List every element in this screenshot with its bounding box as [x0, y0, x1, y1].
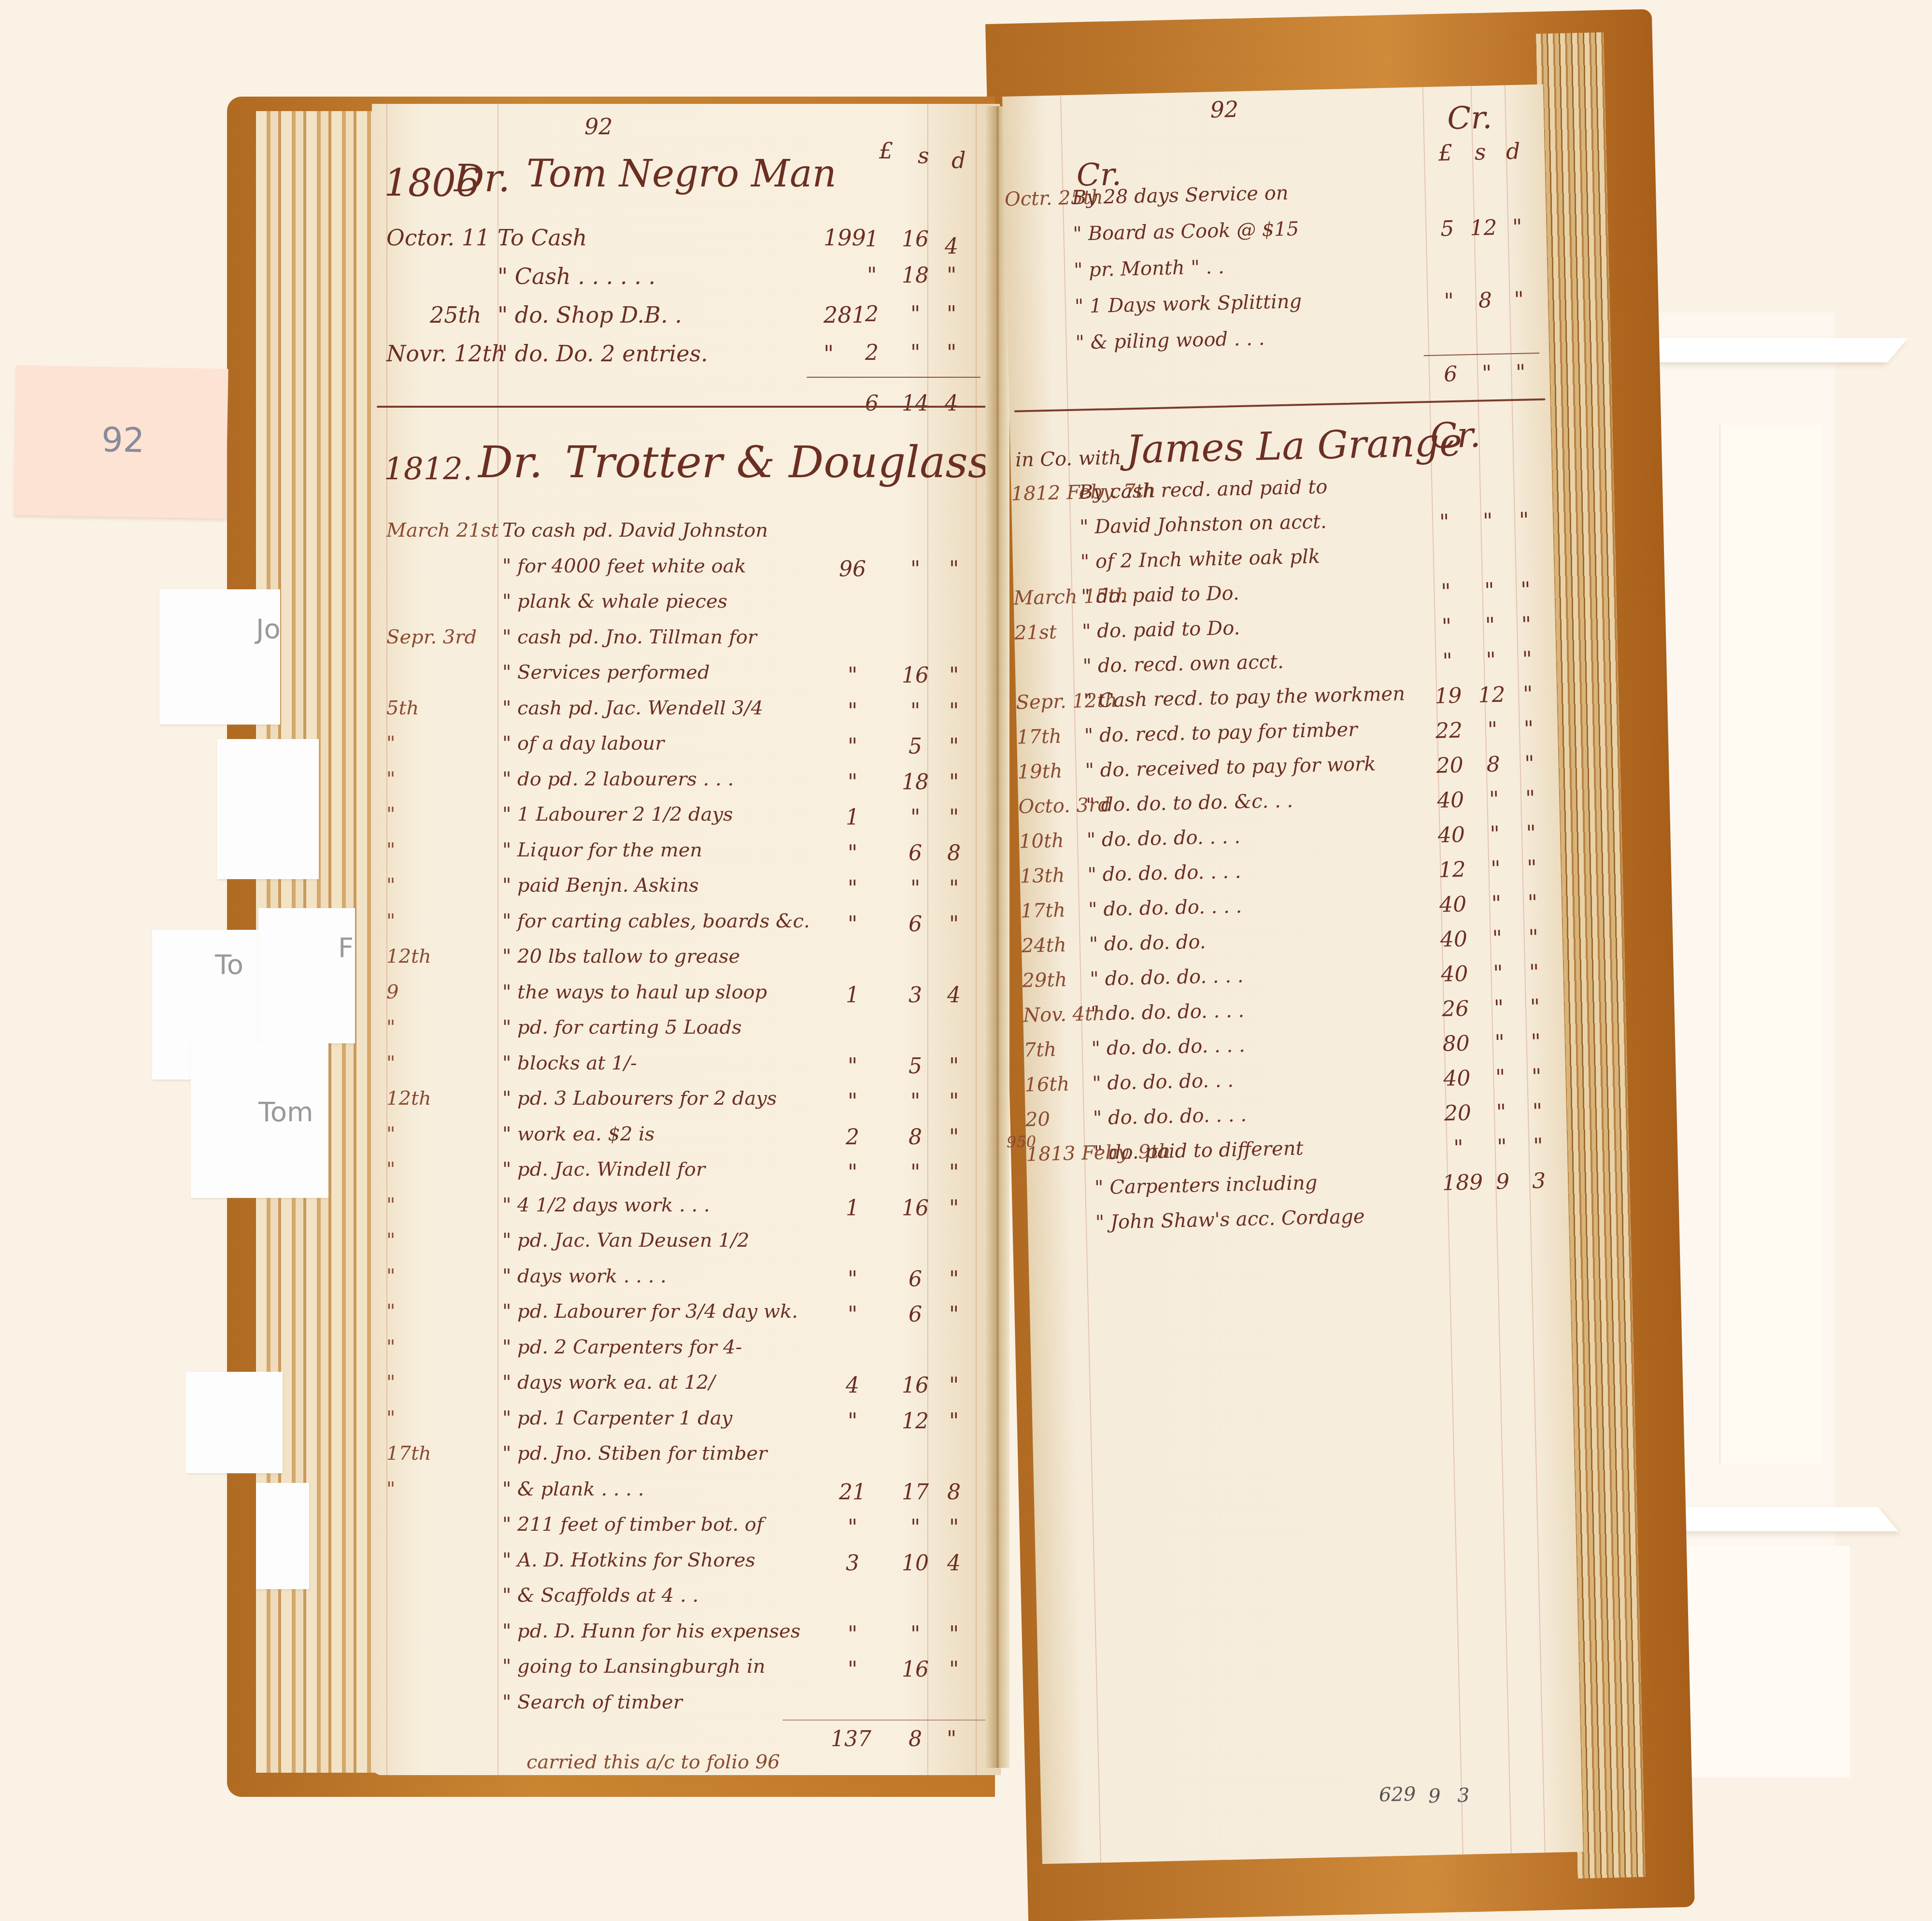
entry-pence: ": [937, 1267, 971, 1292]
entry-pounds: ": [836, 1515, 869, 1540]
total-shillings: 8: [898, 1727, 932, 1751]
entry-pence: ": [1511, 716, 1546, 742]
entry-pence: ": [937, 1125, 971, 1150]
entry-date: ": [386, 1300, 395, 1323]
entry-description: " do. do. do. . . .: [1091, 1034, 1245, 1060]
entry-pounds: 12: [1435, 857, 1469, 882]
entry-pence: ": [937, 805, 971, 830]
entry-shillings: ": [1474, 648, 1508, 673]
entry-pence: ": [1510, 647, 1544, 672]
entry-description: " do. paid to different: [1094, 1137, 1304, 1164]
entry-pence: ": [1512, 751, 1547, 777]
entry-shillings: [1470, 474, 1504, 475]
account-title: Trotter & Douglass: [565, 437, 990, 488]
entry-shillings: ": [1477, 821, 1512, 847]
entry-shillings: ": [1481, 995, 1516, 1021]
currency-pence-header: d: [1506, 138, 1520, 165]
entry-description: " do. do. do. . . .: [1091, 999, 1245, 1025]
entry-date: ": [386, 874, 395, 896]
entry-pence: ": [935, 302, 968, 327]
entry-description: " do. recd. to pay for timber: [1084, 719, 1358, 747]
entry-description: " cash pd. Jno. Tillman for: [502, 626, 757, 648]
entry-shillings: ": [898, 876, 932, 901]
entry-description: To cash pd. David Johnston: [502, 519, 768, 541]
total-pence: 4: [935, 391, 968, 416]
entry-pence: [1501, 251, 1535, 252]
entry-pounds: 40: [1436, 926, 1471, 952]
entry-date: ": [386, 1123, 395, 1145]
entry-date: 29th: [1022, 968, 1067, 992]
entry-description: " of 2 Inch white oak plk: [1080, 545, 1320, 573]
entry-desc: " do. Shop D.B. .: [497, 302, 682, 328]
entry-description: " pd. Labourer for 3/4 day wk.: [502, 1300, 798, 1323]
entry-description: " pd. 1 Carpenter 1 day: [502, 1407, 732, 1429]
total-pence: ": [935, 1727, 968, 1751]
total-shillings: 14: [898, 391, 932, 416]
currency-pounds-header: £: [1438, 140, 1452, 166]
entry-pounds: ": [1427, 510, 1462, 535]
index-tab-label: Tom: [258, 1096, 313, 1128]
entry-date: Novr. 12th: [386, 341, 506, 367]
entry-description: " John Shaw's acc. Cordage: [1095, 1206, 1364, 1234]
entry-shillings: 10: [898, 1551, 932, 1576]
entry-pounds: ": [836, 699, 869, 724]
entry-date: 16th: [1024, 1073, 1070, 1096]
entry-description: " do pd. 2 labourers . . .: [502, 768, 734, 790]
entry-pounds: ": [836, 770, 869, 795]
entry-description: " 20 lbs tallow to grease: [502, 945, 740, 968]
entry-pounds: 20: [1440, 1100, 1475, 1126]
entry-description: " for carting cables, boards &c.: [502, 910, 810, 932]
sticky-note: 92: [13, 365, 228, 519]
entry-pence: ": [935, 341, 968, 365]
entry-date: 9: [386, 981, 398, 1003]
entry-pence: ": [1520, 1099, 1554, 1124]
entry-date: 12th: [386, 1087, 431, 1110]
entry-description: " pd. Jno. Stiben for timber: [502, 1442, 767, 1465]
entry-description: " pd. 3 Labourers for 2 days: [502, 1087, 777, 1110]
entry-pounds: 22: [1432, 718, 1466, 744]
carried-forward-note: carried this a/c to folio 96: [526, 1751, 780, 1773]
account-side: Dr.: [478, 437, 543, 488]
entry-pence: [1499, 178, 1533, 179]
entry-folio: ": [824, 341, 834, 367]
entry-pounds: ": [836, 734, 869, 759]
cr-column-header: Cr.: [1447, 100, 1492, 137]
entry-pounds: 1: [836, 983, 869, 1008]
entry-pounds: 1: [836, 805, 869, 830]
entry-description: " David Johnston on acct.: [1080, 511, 1327, 539]
index-tab[interactable]: [256, 1483, 309, 1589]
entry-date: ": [386, 768, 395, 790]
entry-description: " for 4000 feet white oak: [502, 555, 746, 577]
entry-date: ": [386, 1052, 395, 1074]
account-side: Cr.: [1430, 414, 1481, 456]
entry-description: " do. do. do. . . .: [1086, 825, 1240, 851]
entry-description: " pd. for carting 5 Loads: [502, 1016, 742, 1039]
entry-pence: [1522, 1203, 1556, 1204]
entry-pounds: 189: [1442, 1170, 1477, 1195]
entry-pounds: 2: [855, 341, 889, 365]
account-year: 1812.: [384, 452, 472, 487]
entry-description: " do. paid to Do.: [1081, 582, 1239, 608]
entry-pence: ": [937, 1160, 971, 1185]
pencil-total-pounds: 629: [1378, 1783, 1413, 1807]
pencil-total-pence: 3: [1447, 1784, 1481, 1807]
index-tab-label: F: [338, 932, 354, 964]
entry-shillings: [1465, 179, 1499, 180]
entry-description: " & piling wood . . .: [1075, 327, 1265, 354]
entry-pounds: ": [1430, 614, 1464, 640]
entry-pounds: 40: [1434, 788, 1468, 813]
entry-pence: ": [937, 1622, 971, 1647]
entry-pence: ": [1516, 925, 1550, 951]
entry-shillings: ": [1484, 1099, 1518, 1125]
entry-description: By 28 days Service on: [1072, 182, 1289, 209]
entry-pounds: ": [836, 1267, 869, 1292]
entry-date: 7th: [1023, 1039, 1056, 1062]
entry-pence: ": [937, 1515, 971, 1540]
index-tab[interactable]: [217, 739, 319, 879]
subtotal-rule: [807, 377, 980, 378]
entry-pounds: ": [836, 876, 869, 901]
page-number: 92: [1210, 96, 1239, 123]
entry-shillings: [1471, 543, 1505, 544]
entry-pence: ": [1514, 821, 1548, 846]
account-title: James La Grange: [1126, 420, 1463, 472]
entry-date: ": [386, 1158, 395, 1181]
ledger-page-left: 92 1806 Dr. Tom Negro Man £ s d Octor. 1…: [372, 104, 1000, 1775]
entry-shillings: 18: [898, 770, 932, 795]
total-pence: ": [1504, 360, 1538, 385]
entry-shillings: ": [1485, 1134, 1519, 1160]
entry-description: " & Scaffolds at 4 . .: [502, 1584, 698, 1607]
entry-pence: ": [1502, 287, 1536, 313]
entry-shillings: ": [1475, 717, 1509, 743]
entry-description: " pd. Jac. Windell for: [502, 1158, 705, 1181]
entry-description: " Search of timber: [502, 1691, 682, 1713]
entry-pounds: ": [1432, 288, 1466, 314]
entry-pence: ": [937, 1657, 971, 1682]
entry-date: Octor. 11: [386, 225, 490, 251]
entry-date: ": [386, 1265, 395, 1287]
total-shillings: ": [1470, 361, 1504, 386]
entry-shillings: ": [898, 1089, 932, 1114]
entry-pence: ": [937, 1373, 971, 1398]
entry-shillings: 16: [898, 227, 932, 252]
entry-pounds: ": [836, 1054, 869, 1079]
book-gutter: [985, 106, 1009, 1768]
entry-description: " do. do. do. . . .: [1090, 965, 1244, 990]
entry-date: ": [386, 1336, 395, 1358]
entry-description: " Cash recd. to pay the workmen: [1083, 683, 1406, 712]
entry-shillings: ": [1479, 891, 1514, 916]
entry-description: " 4 1/2 days work . . .: [502, 1194, 710, 1216]
entry-shillings: ": [1471, 509, 1505, 534]
entry-pounds: ": [836, 663, 869, 688]
entry-shillings: ": [898, 1160, 932, 1185]
entry-date: 17th: [386, 1442, 431, 1465]
entry-date: Sepr. 3rd: [386, 626, 477, 648]
entry-description: " A. D. Hotkins for Shores: [502, 1549, 755, 1571]
currency-pounds-header: £: [879, 138, 893, 164]
entry-pounds: 40: [1434, 823, 1468, 848]
entry-description: " pd. 2 Carpenters for 4-: [502, 1336, 742, 1358]
entry-description: " do. do. to do. &c. . .: [1086, 790, 1293, 817]
entry-pence: ": [1509, 612, 1544, 638]
entry-shillings: 6: [898, 912, 932, 937]
entry-shillings: ": [1473, 613, 1507, 639]
entry-description: " do. do. do. . . .: [1093, 1104, 1247, 1129]
subtotal-rule: [1423, 353, 1539, 356]
account-divider: [1014, 398, 1546, 413]
entry-shillings: ": [898, 1622, 932, 1647]
entry-pounds: ": [855, 263, 889, 288]
entry-date: 5th: [386, 697, 419, 719]
entry-date: 19th: [1017, 760, 1063, 783]
entry-pence: ": [937, 1302, 971, 1327]
entry-date: March 21st: [386, 519, 498, 541]
entry-description: " Board as Cook @ $15: [1073, 218, 1299, 245]
entry-desc: " do. Do. 2 entries.: [497, 341, 708, 367]
entry-pence: ": [937, 1409, 971, 1434]
entry-description: " do. paid to Do.: [1082, 617, 1240, 642]
entry-description: " Liquor for the men: [502, 839, 702, 861]
entry-shillings: ": [898, 1515, 932, 1540]
entry-shillings: 5: [898, 734, 932, 759]
entry-description: " & plank . . . .: [502, 1478, 644, 1500]
entry-date: 17th: [1017, 726, 1062, 749]
entry-description: " 1 Labourer 2 1/2 days: [502, 803, 733, 825]
entry-pounds: ": [836, 1302, 869, 1327]
entry-pence: 4: [935, 234, 968, 259]
entry-description: " cash pd. Jac. Wendell 3/4: [502, 697, 763, 719]
entry-pounds: 2: [855, 302, 889, 327]
entry-shillings: 5: [898, 1054, 932, 1079]
entry-date: ": [386, 1229, 395, 1252]
entry-description: " days work ea. at 12/: [502, 1371, 715, 1394]
entry-shillings: ": [1472, 578, 1506, 604]
entry-pounds: 96: [836, 557, 869, 582]
entry-shillings: 6: [898, 1267, 932, 1292]
entry-description: " pr. Month " . .: [1074, 256, 1224, 282]
entry-pounds: ": [1429, 579, 1463, 605]
entry-shillings: 9: [1486, 1169, 1520, 1195]
entry-date: 12th: [386, 945, 431, 968]
entry-date: ": [386, 1016, 395, 1039]
entry-description: " do. received to pay for work: [1085, 753, 1376, 782]
margin-note: 950: [1007, 1132, 1037, 1151]
entry-description: " days work . . . .: [502, 1265, 667, 1287]
index-tab-label: Jo: [256, 613, 281, 645]
entry-pence: ": [937, 734, 971, 759]
entry-shillings: 12: [898, 1409, 932, 1434]
entry-pence: [1503, 323, 1536, 324]
entry-pence: 4: [937, 1551, 971, 1576]
entry-pounds: ": [836, 912, 869, 937]
entry-description: " plank & whale pieces: [502, 590, 727, 612]
entry-pence: ": [937, 1054, 971, 1079]
entry-date: 13th: [1020, 864, 1065, 887]
entry-pence: ": [937, 1196, 971, 1221]
entry-pounds: [1431, 252, 1465, 253]
entry-pence: ": [1507, 508, 1541, 533]
entry-pounds: ": [836, 1160, 869, 1185]
total-pounds: 6: [855, 391, 889, 416]
entry-shillings: 8: [1476, 752, 1510, 778]
entry-description: " pd. D. Hunn for his expenses: [502, 1620, 800, 1642]
entry-shillings: 12: [1466, 215, 1501, 241]
entry-pence: 8: [937, 1480, 971, 1505]
entry-shillings: 6: [898, 1302, 932, 1327]
entry-pounds: 4: [836, 1373, 869, 1398]
entry-description: " Services performed: [502, 661, 710, 683]
entry-description: " the ways to haul up sloop: [502, 981, 767, 1003]
entry-description: " 211 feet of timber bot. of: [502, 1513, 764, 1536]
entry-description: " do. do. do. . . .: [1087, 860, 1241, 886]
entry-pence: ": [1518, 995, 1552, 1020]
account-title: Tom Negro Man: [526, 152, 837, 196]
index-tab[interactable]: Jo: [159, 589, 280, 725]
ledger-page-right: 92 Cr. Cr. £ s d Octr. 25thBy 28 days Se…: [1002, 85, 1583, 1864]
entry-date: 24th: [1021, 934, 1066, 957]
entry-pence: ": [1516, 890, 1550, 916]
currency-shillings-header: s: [1474, 139, 1486, 165]
entry-shillings: ": [1477, 786, 1511, 812]
entry-shillings: 16: [898, 1373, 932, 1398]
entry-pence: ": [937, 557, 971, 582]
account-divider: [377, 406, 1000, 408]
entry-date: ": [386, 910, 395, 932]
entry-shillings: [1469, 324, 1503, 325]
entry-pounds: 2: [836, 1125, 869, 1150]
entry-pounds: [1433, 325, 1466, 326]
entry-description: " do. recd. own acct.: [1082, 651, 1284, 677]
entry-pence: ": [1519, 1029, 1553, 1055]
stand-panel: [1719, 425, 1822, 1464]
index-tab[interactable]: [186, 1372, 283, 1473]
entry-shillings: 3: [898, 983, 932, 1008]
entry-shillings: ": [1481, 960, 1515, 986]
entry-shillings: ": [898, 341, 932, 365]
index-tab[interactable]: F: [258, 908, 355, 1043]
entry-description: " going to Lansingburgh in: [502, 1655, 766, 1678]
entry-shillings: ": [898, 302, 932, 327]
entry-date: 25th: [430, 302, 482, 328]
entry-pounds: ": [836, 841, 869, 866]
entry-pounds: 40: [1440, 1066, 1474, 1091]
page-number: 92: [584, 114, 613, 140]
entry-shillings: 12: [1475, 683, 1509, 708]
account-side: Dr.: [454, 157, 510, 200]
entry-shillings: ": [1483, 1065, 1518, 1090]
entry-pounds: 20: [1433, 753, 1467, 779]
entry-pence: ": [937, 912, 971, 937]
subtotal-rule: [782, 1720, 985, 1721]
index-tab[interactable]: Tom: [191, 1043, 328, 1198]
entry-pence: ": [1508, 577, 1543, 603]
entry-shillings: ": [898, 557, 932, 582]
entry-shillings: ": [1482, 1030, 1517, 1055]
entry-date: ": [386, 1478, 395, 1500]
entry-shillings: 16: [898, 1657, 932, 1682]
account-title-prefix: in Co. with: [1015, 447, 1122, 471]
entry-pence: [1507, 542, 1541, 543]
entry-shillings: 16: [898, 1196, 932, 1221]
entry-description: By cash recd. and paid to: [1079, 476, 1328, 504]
entry-pence: ": [935, 263, 968, 288]
entry-pence: ": [1500, 214, 1534, 240]
entry-shillings: 8: [898, 1125, 932, 1150]
entry-shillings: ": [898, 699, 932, 724]
entry-date: 10th: [1019, 830, 1064, 853]
entry-shillings: 16: [898, 663, 932, 688]
entry-pence: ": [1513, 786, 1548, 811]
index-tab-label: To: [215, 949, 243, 981]
entry-pence: ": [1521, 1134, 1555, 1159]
entry-description: " do. do. do. . .: [1092, 1069, 1234, 1095]
entry-pence: [1506, 473, 1540, 474]
entry-shillings: 6: [898, 841, 932, 866]
entry-pounds: ": [1441, 1135, 1476, 1161]
entry-shillings: 8: [1468, 288, 1502, 313]
entry-pence: ": [937, 699, 971, 724]
entry-shillings: 17: [898, 1480, 932, 1505]
entry-description: " work ea. $2 is: [502, 1123, 654, 1145]
entry-pounds: ": [1430, 649, 1464, 674]
entry-desc: " Cash . . . . . .: [497, 263, 655, 289]
entry-date: ": [386, 839, 395, 861]
entry-pounds: 40: [1437, 961, 1472, 987]
entry-pounds: 1: [855, 227, 889, 252]
entry-pounds: ": [836, 1622, 869, 1647]
entry-pounds: 80: [1439, 1031, 1473, 1056]
entry-pounds: 1: [836, 1196, 869, 1221]
entry-pounds: 40: [1436, 892, 1470, 917]
entry-description: " do. do. do.: [1089, 931, 1206, 955]
entry-pence: ": [1520, 1064, 1554, 1090]
total-pounds: 137: [831, 1727, 865, 1751]
entry-desc: To Cash: [497, 225, 587, 251]
entry-shillings: ": [898, 805, 932, 830]
total-pounds: 6: [1434, 361, 1468, 387]
entry-shillings: 18: [898, 263, 932, 288]
entry-date: 21st: [1014, 621, 1057, 644]
sticky-note-label: 92: [101, 420, 144, 460]
entry-description: " blocks at 1/-: [502, 1052, 637, 1074]
entry-date: ": [386, 1407, 395, 1429]
entry-shillings: [1467, 252, 1501, 253]
entry-date: 20: [1025, 1108, 1051, 1131]
currency-pence-header: d: [952, 147, 966, 173]
entry-pounds: 3: [836, 1551, 869, 1576]
entry-description: " paid Benjn. Askins: [502, 874, 699, 896]
entry-pence: ": [1517, 960, 1551, 985]
entry-pence: 4: [937, 983, 971, 1008]
entry-pounds: [1429, 180, 1463, 181]
entry-pounds: 19: [1431, 683, 1465, 709]
entry-shillings: ": [1478, 856, 1513, 882]
entry-description: " 1 Days work Splitting: [1074, 290, 1302, 318]
entry-date: ": [386, 732, 395, 754]
entry-date: 17th: [1021, 899, 1066, 922]
entry-description: " Carpenters including: [1094, 1172, 1318, 1199]
entry-pounds: ": [836, 1089, 869, 1114]
entry-pence: 3: [1522, 1168, 1556, 1194]
currency-shillings-header: s: [918, 142, 929, 169]
entry-pence: ": [937, 770, 971, 795]
entry-pence: ": [937, 663, 971, 688]
